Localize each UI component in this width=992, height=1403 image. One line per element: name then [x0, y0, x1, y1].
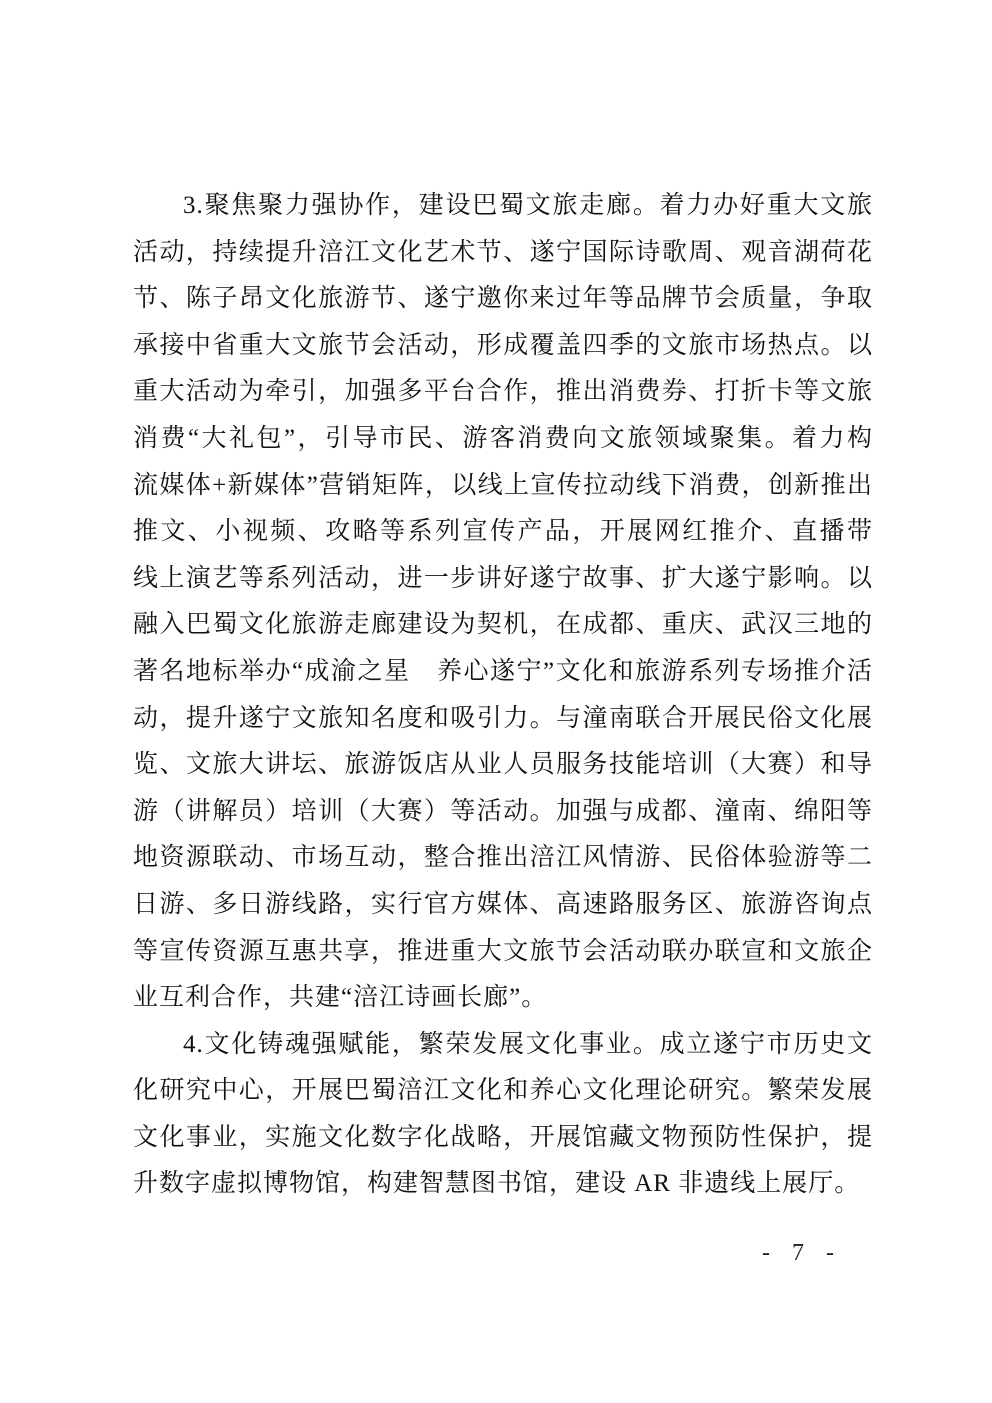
text-line: 节、陈子昂文化旅游节、遂宁邀你来过年等品牌节会质量，争取 [133, 276, 873, 323]
text-line: 流媒体+新媒体”营销矩阵，以线上宣传拉动线下消费，创新推出 [133, 463, 873, 510]
text-line: 地资源联动、市场互动，整合推出涪江风情游、民俗体验游等二 [133, 835, 873, 882]
text-line: 游（讲解员）培训（大赛）等活动。加强与成都、潼南、绵阳等 [133, 789, 873, 836]
text-line: 业互利合作，共建“涪江诗画长廊”。 [133, 975, 873, 1022]
paragraph: 3.聚焦聚力强协作，建设巴蜀文旅走廊。着力办好重大文旅活动，持续提升涪江文化艺术… [133, 183, 873, 1022]
document-page: 3.聚焦聚力强协作，建设巴蜀文旅走廊。着力办好重大文旅活动，持续提升涪江文化艺术… [0, 0, 992, 1403]
text-line: 览、文旅大讲坛、旅游饭店从业人员服务技能培训（大赛）和导 [133, 742, 873, 789]
text-line: 化研究中心，开展巴蜀涪江文化和养心文化理论研究。繁荣发展 [133, 1068, 873, 1115]
text-line: 活动，持续提升涪江文化艺术节、遂宁国际诗歌周、观音湖荷花 [133, 230, 873, 277]
text-line: 3.聚焦聚力强协作，建设巴蜀文旅走廊。着力办好重大文旅 [133, 183, 873, 230]
text-line: 4.文化铸魂强赋能，繁荣发展文化事业。成立遂宁市历史文 [133, 1022, 873, 1069]
text-line: 消费“大礼包”，引导市民、游客消费向文旅领域聚集。着力构建“主 [133, 416, 873, 463]
text-line: 文化事业，实施文化数字化战略，开展馆藏文物预防性保护，提 [133, 1115, 873, 1162]
text-line: 日游、多日游线路，实行官方媒体、高速路服务区、旅游咨询点 [133, 882, 873, 929]
text-line: 推文、小视频、攻略等系列宣传产品，开展网红推介、直播带货、 [133, 509, 873, 556]
text-line: 著名地标举办“成渝之星 养心遂宁”文化和旅游系列专场推介活 [133, 649, 873, 696]
text-line: 线上演艺等系列活动，进一步讲好遂宁故事、扩大遂宁影响。以 [133, 556, 873, 603]
text-line: 升数字虚拟博物馆，构建智慧图书馆，建设 AR 非遗线上展厅。 [133, 1161, 873, 1208]
text-line: 动，提升遂宁文旅知名度和吸引力。与潼南联合开展民俗文化展 [133, 696, 873, 743]
document-body: 3.聚焦聚力强协作，建设巴蜀文旅走廊。着力办好重大文旅活动，持续提升涪江文化艺术… [133, 183, 873, 1208]
text-line: 重大活动为牵引，加强多平台合作，推出消费券、打折卡等文旅 [133, 369, 873, 416]
text-line: 融入巴蜀文化旅游走廊建设为契机，在成都、重庆、武汉三地的 [133, 602, 873, 649]
text-line: 等宣传资源互惠共享，推进重大文旅节会活动联办联宣和文旅企 [133, 929, 873, 976]
page-number: - 7 - [762, 1240, 842, 1267]
paragraph: 4.文化铸魂强赋能，繁荣发展文化事业。成立遂宁市历史文化研究中心，开展巴蜀涪江文… [133, 1022, 873, 1208]
text-line: 承接中省重大文旅节会活动，形成覆盖四季的文旅市场热点。以 [133, 323, 873, 370]
